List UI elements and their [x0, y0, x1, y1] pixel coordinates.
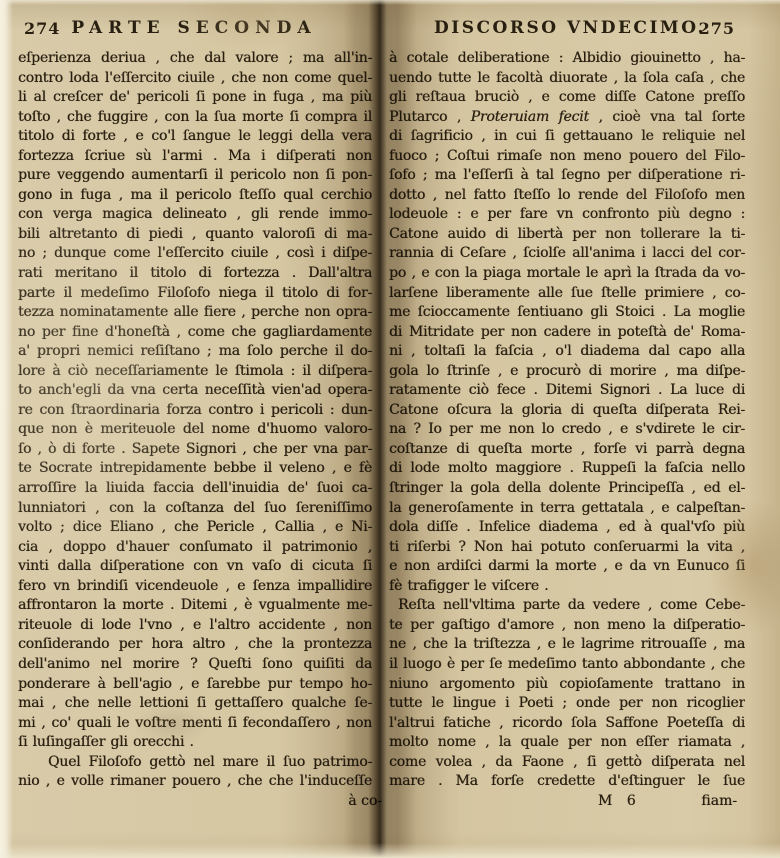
text-line: uendo tutte le facoltà diuorate , la ſol… — [389, 69, 745, 89]
text-line: gola lo ſtrinſe , e procurò di morire , … — [389, 362, 745, 382]
text-line: di Mitridate per non cadere in poteſtà d… — [389, 323, 745, 343]
text-line: coſtanze di queſta morte , forſe vi parr… — [389, 440, 745, 460]
right-page-lines: à cotale deliberatione : Albidio giouine… — [389, 49, 745, 792]
text-line: lodeuole : e per fare vn confronto più d… — [389, 205, 745, 225]
latin-phrase: Proteruiam fecit — [471, 109, 589, 125]
text-line: contro loda l'eſſercito ciuile , che non… — [18, 69, 372, 89]
text-line: mai , che nelle lettioni ſi gettaſſero q… — [18, 694, 372, 714]
text-line: l'altrui fatiche , ricordo ſola Saffone … — [389, 714, 745, 734]
left-running-title: PARTE SECONDA — [8, 18, 380, 38]
text-line: volto ; dice Eliano , che Pericle , Call… — [18, 518, 372, 538]
text-line: no per fine d'honeſtà , come che gagliar… — [18, 323, 372, 343]
right-page-number: 275 — [699, 19, 735, 38]
text-line: di lode molto maggiore . Ruppeſi la faſc… — [389, 459, 745, 479]
text-line: con verga magica delineato , gli rende i… — [18, 205, 372, 225]
text-line: come volea , da Faone , ſi gettò diſpera… — [389, 753, 745, 773]
text-line: cia , doppo d'hauer conſumato il patrimo… — [18, 538, 372, 558]
text-line: toſto , che fuggire , con la ſua morte ſ… — [18, 108, 372, 128]
text-line: ponderare à bell'agio , e ſarebbe pur te… — [18, 675, 372, 695]
text-line: titolo di forte , e co'l ſangue le leggi… — [18, 127, 372, 147]
text-line: affrontaron la morte . Ditemi , è vgualm… — [18, 596, 372, 616]
text-line: larſene liberamente alle ſue ſtelle prim… — [389, 284, 745, 304]
text-line: e non ardiſci darmi la morte , e da vn E… — [389, 557, 745, 577]
text-line: me ſcioccamente ſentiuano gli Stoici . L… — [389, 303, 745, 323]
text-line: to anch'egli da vna certa neceſſità vien… — [18, 381, 372, 401]
left-page-header: 274 PARTE SECONDA — [8, 18, 380, 46]
text-line: te Socrate intrepidamente bebbe il velen… — [18, 459, 372, 479]
text-line: Plutarco , Proteruiam fecit , cioè vna t… — [389, 108, 745, 128]
text-line: riteuole di lode l'vno , e l'altro accid… — [18, 616, 372, 636]
text-line: pure veggendo aumentarſi il pericolo non… — [18, 166, 372, 186]
text-line: li al creſcer de' pericoli ſi pone in fu… — [18, 88, 372, 108]
text-line: dola diſſe . Infelice diadema , ed à qua… — [389, 518, 745, 538]
text-line: ni , toltaſi la faſcia , o'l diadema dal… — [389, 342, 745, 362]
text-line: Catone auido di libertà per non tollerar… — [389, 225, 745, 245]
text-line: fè trafigger le viſcere . — [389, 577, 745, 597]
text-line: rannia di Ceſare , ſciolſe all'anima i l… — [389, 244, 745, 264]
text-line: vinti dalla diſperatione con vn vaſo di … — [18, 557, 372, 577]
text-line: te per gaſtigo d'amore , non meno la diſ… — [389, 616, 745, 636]
text-line: eſperienza deriua , che dal valore ; ma … — [18, 49, 372, 69]
text-line: nio , e volle rimaner pouero , che che l… — [18, 772, 372, 792]
text-line: rati meritano il titolo di fortezza . Da… — [18, 264, 372, 284]
text-line: di ſagrificio , in cui ſi gettauano le r… — [389, 127, 745, 147]
text-line: la generoſamente in terra gettatala , e … — [389, 499, 745, 519]
left-page-number: 274 — [24, 19, 60, 38]
text-line: fortezza ſcriue sù l'armi . Ma i diſpera… — [18, 147, 372, 167]
text-line: Catone oſcura la gloria di queſta diſper… — [389, 401, 745, 421]
text-line: dotto , nel fatto ſteſſo lo rende del Fi… — [389, 186, 745, 206]
text-line: re con ſtraordinaria forza contro i peri… — [18, 401, 372, 421]
text-line: mare . Ma forſe credette d'eſtinguer le … — [389, 772, 745, 792]
catchword: à co- — [28, 792, 394, 812]
text-line: tezza nominatamente alle fiere , perche … — [18, 303, 372, 323]
text-line: fuoco ; Coſtui rimaſe non meno pouero de… — [389, 147, 745, 167]
text-line: niuno argomento più copioſamente trattan… — [389, 675, 745, 695]
text-line: ti riſerbi ? Non hai potuto conſeruarmi … — [389, 538, 745, 558]
text-line: il luogo è per ſe medeſimo tanto abbonda… — [389, 655, 745, 675]
signature-mark: M 6 — [598, 792, 636, 812]
text-line: gli reſtaua bruciò , e come diſſe Catone… — [389, 88, 745, 108]
right-page: DISCORSO VNDECIMO. 275 à cotale delibera… — [383, 6, 757, 852]
text-line: po , e con la piaga mortale le aprì la ſ… — [389, 264, 745, 284]
text-line: fero vn brindiſi vicendeuole , e ſenza i… — [18, 577, 372, 597]
text-line: molto nome , la quale per non eſſer riam… — [389, 733, 745, 753]
text-line: ſtringer la gola della dolente Principeſ… — [389, 479, 745, 499]
text-line: lunniatori , con la coſtanza del ſuo ſer… — [18, 499, 372, 519]
text-span: , cioè vna tal ſorte — [589, 109, 745, 125]
text-line: que non è meriteuole del nome d'huomo va… — [18, 420, 372, 440]
book-scan: 274 PARTE SECONDA eſperienza deriua , ch… — [0, 0, 780, 858]
text-line: arroſſire la liuida faccia dell'inuidia … — [18, 479, 372, 499]
text-line: à cotale deliberatione : Albidio giouine… — [389, 49, 745, 69]
right-page-header: DISCORSO VNDECIMO. 275 — [383, 18, 757, 46]
text-line: ne , che la triſtezza , e le lagrime rit… — [389, 635, 745, 655]
text-line: tutte le lingue i Poeti ; onde per non r… — [389, 694, 745, 714]
text-line: gono in fuga , ma il pericolo ſteſſo qua… — [18, 186, 372, 206]
text-line: conſiderando per hora altro , che la pro… — [18, 635, 372, 655]
text-line: no ; dunque come l'eſſercito ciuile , co… — [18, 244, 372, 264]
left-page-lines: eſperienza deriua , che dal valore ; ma … — [18, 49, 372, 792]
text-line: parte il medeſimo Filoſofo niega il tito… — [18, 284, 372, 304]
text-line: bili altretanto di piedi , quanto valoro… — [18, 225, 372, 245]
text-line: na ? Io per me non lo credo , e s'vdiret… — [389, 420, 745, 440]
catchword: fiam- — [701, 792, 751, 812]
text-line: mi , co' quali le voſtre menti ſi fecond… — [18, 714, 372, 734]
text-line: ratamente ciò fece . Ditemi Signori . La… — [389, 381, 745, 401]
text-line: Reſta nell'vltima parte da vedere , come… — [389, 596, 745, 616]
text-span: Plutarco , — [389, 109, 471, 125]
text-line: lore à ciò neceſſariamente le ſtimola : … — [18, 362, 372, 382]
text-line: a' propri nemici reſiſtano ; ma ſolo per… — [18, 342, 372, 362]
left-page: 274 PARTE SECONDA eſperienza deriua , ch… — [8, 6, 380, 852]
text-line: ſi luſingaſſer gli orecchi . — [18, 733, 372, 753]
text-line: ſofo ; ma l'eſſerſi à tal ſegno per diſp… — [389, 166, 745, 186]
text-line: dell'animo nel morire ? Queſti ſono quiſ… — [18, 655, 372, 675]
text-line: Quel Filoſofo gettò nel mare il ſuo patr… — [18, 753, 372, 773]
text-line: ſo , ò di forte . Sapete Signori , che p… — [18, 440, 372, 460]
